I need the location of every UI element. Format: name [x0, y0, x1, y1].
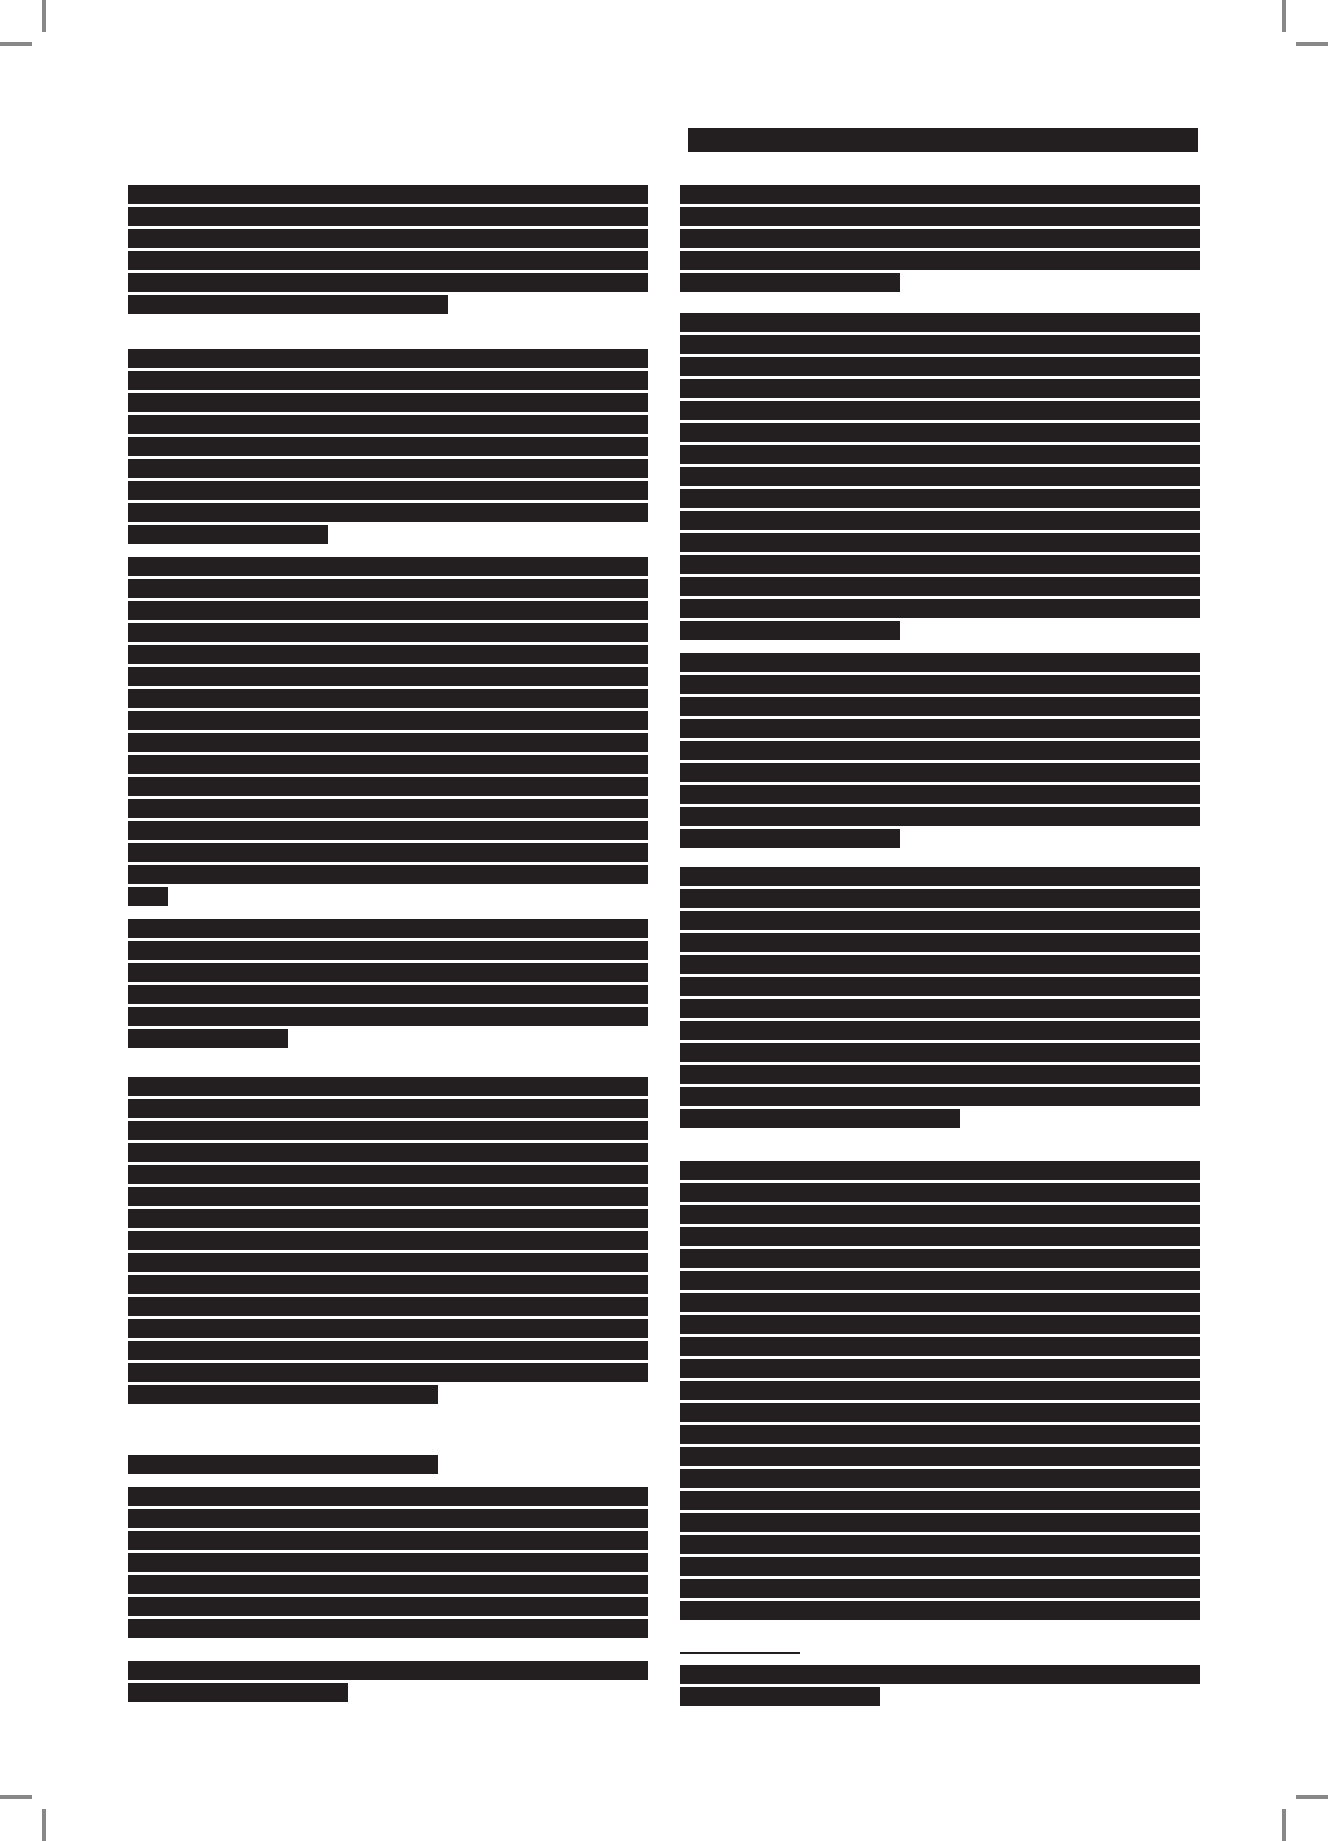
crop-mark [1296, 42, 1328, 46]
redacted-text-line [128, 667, 648, 686]
redacted-text-line [128, 1275, 648, 1294]
redacted-text-line [680, 207, 1200, 226]
redacted-text-line [128, 941, 648, 960]
redacted-text-line [128, 1509, 648, 1528]
redacted-text-line [128, 579, 648, 598]
redacted-text-line [128, 1077, 648, 1096]
redacted-text-line [128, 295, 448, 314]
redacted-text-line [128, 1121, 648, 1140]
redacted-text-line [128, 207, 648, 226]
redacted-text-line [128, 1575, 648, 1594]
crop-mark [0, 1795, 32, 1799]
redacted-text-line [128, 821, 648, 840]
redacted-text-line [680, 251, 1200, 270]
redacted-text-line [680, 955, 1200, 974]
redacted-text-line [128, 1209, 648, 1228]
crop-mark [42, 1809, 46, 1841]
redacted-text-line [680, 599, 1200, 618]
redacted-text-line [680, 653, 1200, 672]
redacted-text-line [128, 503, 648, 522]
redacted-text-line [680, 697, 1200, 716]
redacted-text-line [128, 689, 648, 708]
redacted-text-line [680, 357, 1200, 376]
redacted-text-line [680, 829, 900, 848]
redacted-text-line [680, 401, 1200, 420]
redacted-text-line [680, 1513, 1200, 1532]
redacted-text-line [128, 1531, 648, 1550]
redacted-text-line [680, 1293, 1200, 1312]
redacted-text-line [680, 719, 1200, 738]
redacted-text-line [680, 445, 1200, 464]
redacted-text-line [680, 1403, 1200, 1422]
redacted-text-line [128, 1619, 648, 1638]
redacted-text-line [128, 1231, 648, 1250]
redacted-text-line [680, 1557, 1200, 1576]
redacted-text-line [128, 645, 648, 664]
redacted-text-line [680, 1425, 1200, 1444]
redacted-text-line [680, 1469, 1200, 1488]
redacted-text-line [680, 1687, 880, 1706]
redacted-text-line [680, 467, 1200, 486]
redacted-text-line [128, 799, 648, 818]
redacted-text-line [128, 459, 648, 478]
redacted-text-line [680, 1579, 1200, 1598]
redacted-text-line [128, 557, 648, 576]
redacted-text-line [680, 867, 1200, 886]
redacted-text-line [128, 1553, 648, 1572]
redacted-text-line [128, 1385, 438, 1404]
redacted-text-line [128, 349, 648, 368]
redacted-text-line [128, 1455, 438, 1474]
redacted-text-line [128, 755, 648, 774]
redacted-text-line [680, 335, 1200, 354]
redacted-text-line [680, 1249, 1200, 1268]
redacted-text-line [128, 481, 648, 500]
redacted-text-line [680, 1601, 1200, 1620]
redacted-text-line [680, 807, 1200, 826]
redacted-text-line [680, 1315, 1200, 1334]
crop-mark [1296, 1795, 1328, 1799]
redacted-text-line [128, 1029, 288, 1048]
crop-mark [1282, 1809, 1286, 1841]
redacted-text-line [680, 423, 1200, 442]
footnote-rule [680, 1652, 800, 1654]
redacted-text-line [128, 623, 648, 642]
redacted-text-line [680, 1337, 1200, 1356]
redacted-text-line [680, 1359, 1200, 1378]
redacted-text-line [128, 437, 648, 456]
redacted-text-line [680, 273, 900, 292]
redacted-text-line [128, 1341, 648, 1360]
redacted-text-line [680, 1087, 1200, 1106]
redacted-text-line [128, 185, 648, 204]
redacted-text-line [128, 843, 648, 862]
redacted-text-line [680, 1665, 1200, 1684]
redacted-text-line [680, 555, 1200, 574]
redacted-text-line [128, 415, 648, 434]
redacted-text-line [128, 1007, 648, 1026]
redacted-text-line [680, 741, 1200, 760]
redacted-text-line [128, 865, 648, 884]
redacted-text-line [128, 1253, 648, 1272]
redacted-text-line [128, 1099, 648, 1118]
redacted-text-line [128, 1363, 648, 1382]
crop-mark [1282, 0, 1286, 32]
redacted-text-line [680, 977, 1200, 996]
crop-mark [42, 0, 46, 32]
redacted-text-line [128, 919, 648, 938]
redacted-text-line [680, 763, 1200, 782]
redacted-text-line [680, 489, 1200, 508]
redacted-text-line [128, 1187, 648, 1206]
crop-mark [0, 42, 32, 46]
redacted-text-line [128, 733, 648, 752]
redacted-text-line [680, 1447, 1200, 1466]
redacted-text-line [128, 985, 648, 1004]
redacted-text-line [680, 1021, 1200, 1040]
redacted-text-line [680, 511, 1200, 530]
redacted-text-line [680, 577, 1200, 596]
redacted-text-line [680, 1065, 1200, 1084]
redacted-text-line [128, 887, 168, 906]
redacted-text-line [680, 933, 1200, 952]
redacted-text-line [128, 393, 648, 412]
redacted-text-line [680, 999, 1200, 1018]
redacted-text-line [680, 313, 1200, 332]
redacted-text-line [680, 533, 1200, 552]
redacted-text-line [680, 1043, 1200, 1062]
redacted-text-line [680, 1491, 1200, 1510]
redacted-text-line [128, 1297, 648, 1316]
redacted-text-line [680, 229, 1200, 248]
redacted-text-line [128, 1319, 648, 1338]
redacted-text-line [128, 963, 648, 982]
redacted-text-line [128, 273, 648, 292]
redacted-text-line [680, 1381, 1200, 1400]
redacted-text-line [128, 1165, 648, 1184]
redacted-text-line [680, 1227, 1200, 1246]
redacted-text-line [128, 1661, 648, 1680]
redacted-text-line [680, 1161, 1200, 1180]
redacted-text-line [680, 785, 1200, 804]
redacted-text-line [128, 1683, 348, 1702]
redacted-text-line [680, 379, 1200, 398]
redacted-text-line [680, 889, 1200, 908]
redacted-text-line [128, 1597, 648, 1616]
redacted-text-line [128, 711, 648, 730]
redacted-text-line [128, 371, 648, 390]
redacted-text-line [680, 185, 1200, 204]
redacted-text-line [128, 777, 648, 796]
redacted-text-line [680, 911, 1200, 930]
redacted-text-line [128, 1143, 648, 1162]
running-header [688, 128, 1198, 152]
redacted-text-line [680, 1535, 1200, 1554]
redacted-text-line [680, 675, 1200, 694]
redacted-text-line [680, 1109, 960, 1128]
redacted-text-line [680, 1271, 1200, 1290]
redacted-text-line [128, 1487, 648, 1506]
redacted-text-line [680, 1183, 1200, 1202]
redacted-text-line [128, 601, 648, 620]
redacted-text-line [680, 1205, 1200, 1224]
redacted-text-line [128, 251, 648, 270]
redacted-text-line [680, 621, 900, 640]
redacted-text-line [128, 525, 328, 544]
redacted-text-line [128, 229, 648, 248]
